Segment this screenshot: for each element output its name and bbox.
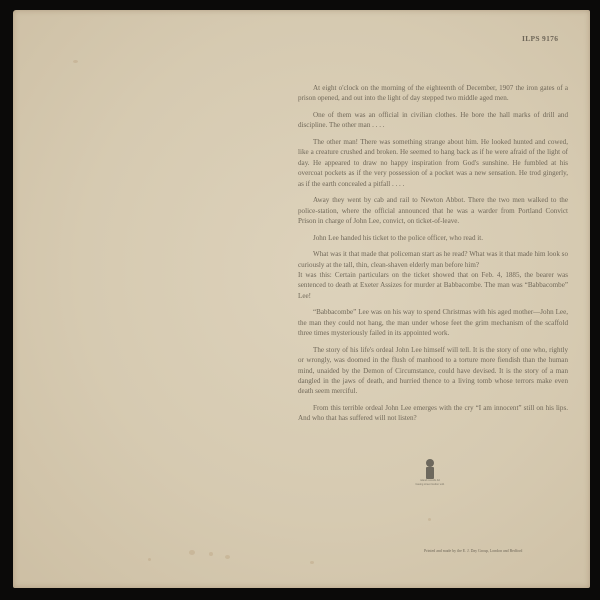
liner-paragraph: From this terrible ordeal John Lee emerg… [298, 403, 568, 424]
liner-paragraph: John Lee handed his ticket to the police… [298, 233, 568, 243]
logo-line-2: basing street london w11 [405, 483, 455, 487]
island-records-logo-icon [425, 459, 435, 479]
liner-paragraph: Away they went by cab and rail to Newton… [298, 195, 568, 226]
liner-paragraph: At eight o'clock on the morning of the e… [298, 83, 568, 104]
liner-paragraph: One of them was an official in civilian … [298, 110, 568, 131]
liner-paragraph: The other man! There was something stran… [298, 137, 568, 189]
catalog-number: ILPS 9176 [522, 34, 558, 43]
liner-paragraph: What was it that made that policeman sta… [298, 249, 568, 270]
printer-credit: Printed and made by the E. J. Day Group,… [424, 549, 522, 553]
label-logo: island records ltd basing street london … [413, 459, 447, 486]
liner-paragraph: The story of his life's ordeal John Lee … [298, 345, 568, 397]
liner-paragraph: It was this: Certain particulars on the … [298, 270, 568, 301]
liner-paragraph: “Babbacombe” Lee was on his way to spend… [298, 307, 568, 338]
liner-notes: At eight o'clock on the morning of the e… [298, 83, 568, 430]
